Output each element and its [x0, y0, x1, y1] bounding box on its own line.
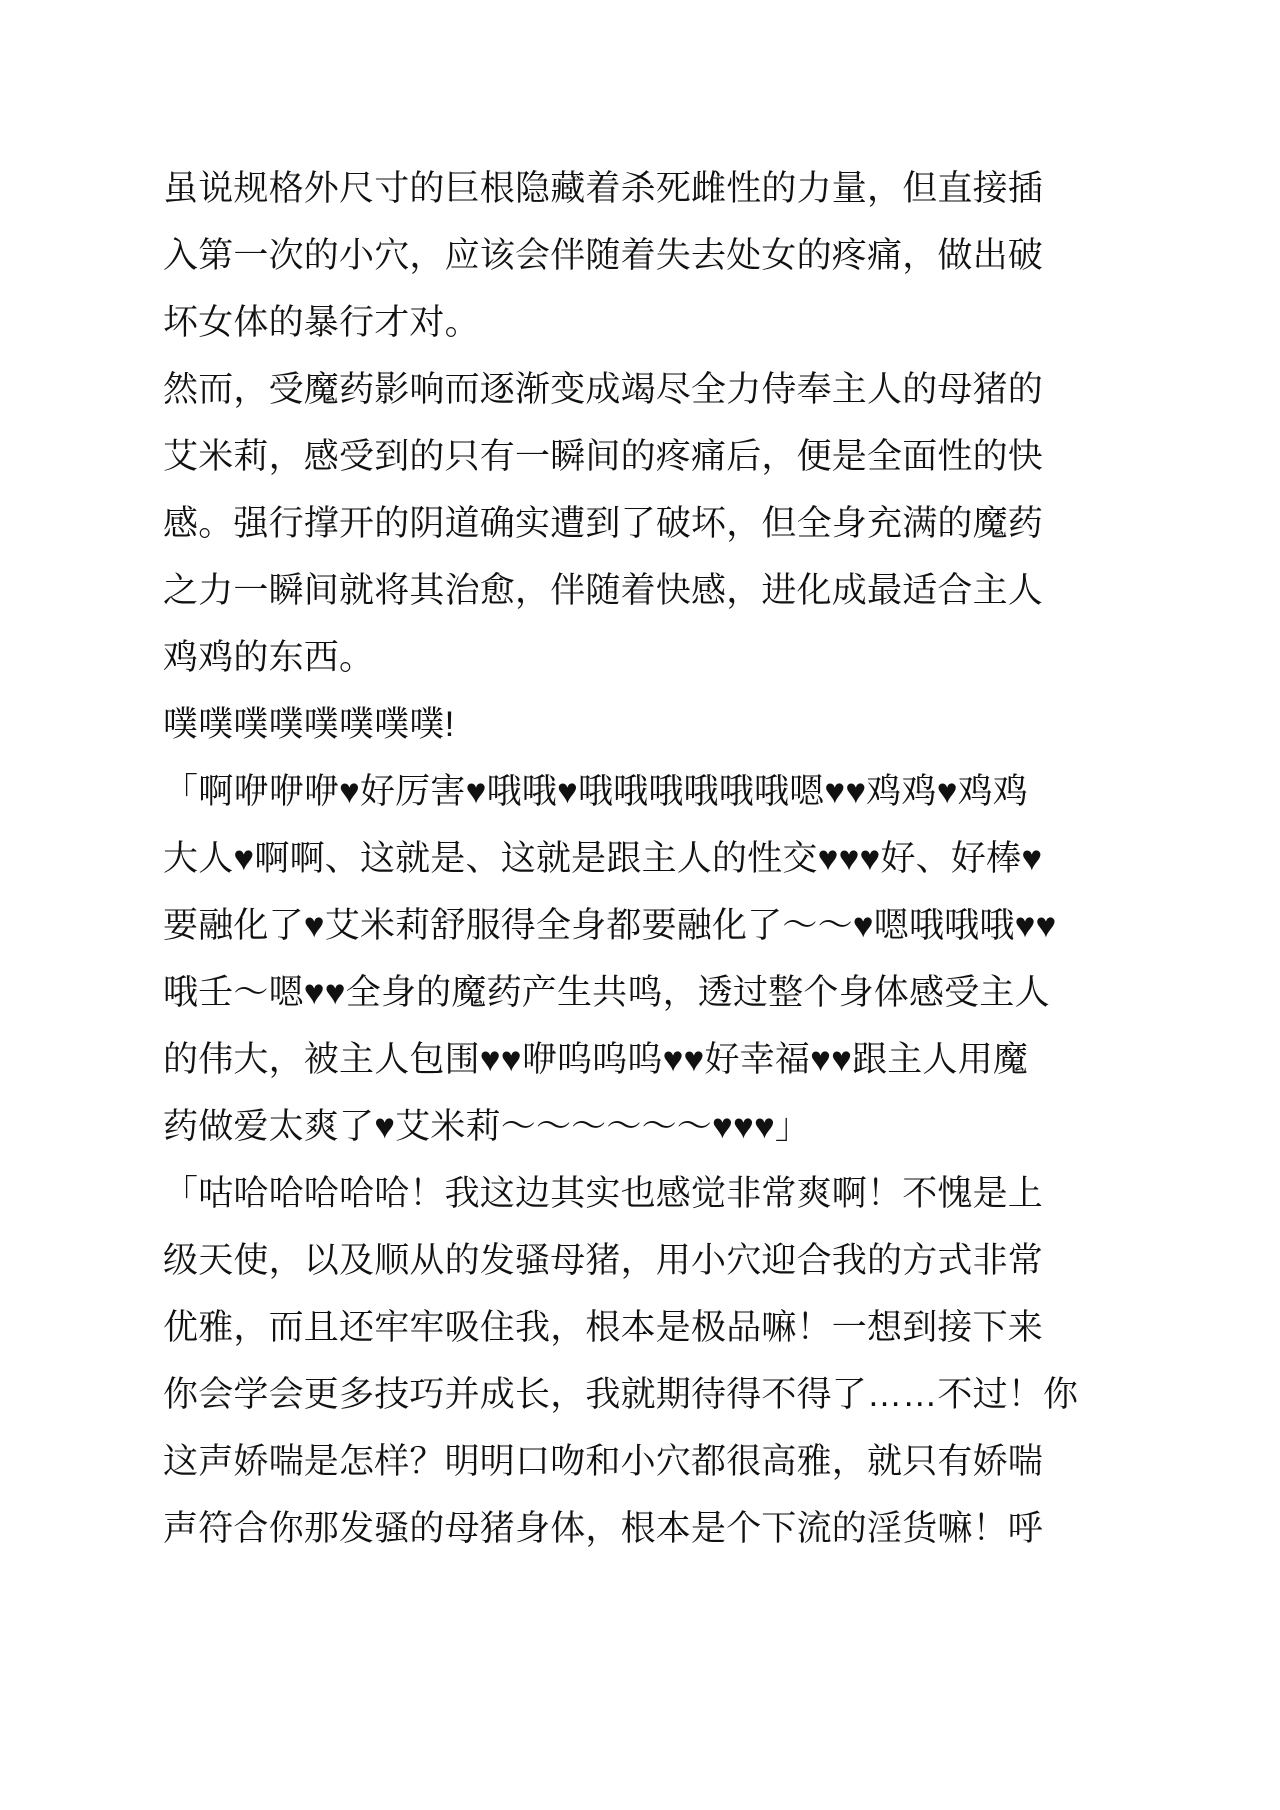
text-line: 的伟大，被主人包围♥♥咿呜呜呜♥♥好幸福♥♥跟主人用魔 — [163, 1026, 1280, 1093]
text-line: 你会学会更多技巧并成长，我就期待得不得了……不过！你 — [163, 1361, 1280, 1428]
paragraph: 「咕哈哈哈哈哈！我这边其实也感觉非常爽啊！不愧是上级天使，以及顺从的发骚母猪，用… — [163, 1160, 1280, 1562]
text-line: 入第一次的小穴，应该会伴随着失去处女的疼痛，做出破 — [163, 222, 1280, 289]
text-body: 虽说规格外尺寸的巨根隐藏着杀死雌性的力量，但直接插入第一次的小穴，应该会伴随着失… — [163, 155, 1280, 1562]
text-line: 鸡鸡的东西。 — [163, 624, 1280, 691]
text-line: 哦壬～嗯♥♥全身的魔药产生共鸣，透过整个身体感受主人 — [163, 959, 1280, 1026]
paragraph: 虽说规格外尺寸的巨根隐藏着杀死雌性的力量，但直接插入第一次的小穴，应该会伴随着失… — [163, 155, 1280, 356]
paragraph: 然而，受魔药影响而逐渐变成竭尽全力侍奉主人的母猪的艾米莉，感受到的只有一瞬间的疼… — [163, 356, 1280, 691]
text-line: 感。强行撑开的阴道确实遭到了破坏，但全身充满的魔药 — [163, 490, 1280, 557]
text-line: 「啊咿咿咿♥好厉害♥哦哦♥哦哦哦哦哦哦嗯♥♥鸡鸡♥鸡鸡 — [163, 758, 1280, 825]
text-line: 「咕哈哈哈哈哈！我这边其实也感觉非常爽啊！不愧是上 — [163, 1160, 1280, 1227]
text-line: 然而，受魔药影响而逐渐变成竭尽全力侍奉主人的母猪的 — [163, 356, 1280, 423]
text-line: 坏女体的暴行才对。 — [163, 289, 1280, 356]
text-line: 声符合你那发骚的母猪身体，根本是个下流的淫货嘛！呼 — [163, 1495, 1280, 1562]
document-page: 虽说规格外尺寸的巨根隐藏着杀死雌性的力量，但直接插入第一次的小穴，应该会伴随着失… — [0, 0, 1280, 1810]
text-line: 这声娇喘是怎样？明明口吻和小穴都很高雅，就只有娇喘 — [163, 1428, 1280, 1495]
paragraph: 噗噗噗噗噗噗噗噗! — [163, 691, 1280, 758]
text-line: 级天使，以及顺从的发骚母猪，用小穴迎合我的方式非常 — [163, 1227, 1280, 1294]
text-line: 虽说规格外尺寸的巨根隐藏着杀死雌性的力量，但直接插 — [163, 155, 1280, 222]
text-line: 药做爱太爽了♥艾米莉～～～～～～♥♥♥」 — [163, 1093, 1280, 1160]
text-line: 艾米莉，感受到的只有一瞬间的疼痛后，便是全面性的快 — [163, 423, 1280, 490]
text-line: 之力一瞬间就将其治愈，伴随着快感，进化成最适合主人 — [163, 557, 1280, 624]
text-line: 大人♥啊啊、这就是、这就是跟主人的性交♥♥♥好、好棒♥ — [163, 825, 1280, 892]
text-line: 要融化了♥艾米莉舒服得全身都要融化了～～♥嗯哦哦哦♥♥ — [163, 892, 1280, 959]
paragraph: 「啊咿咿咿♥好厉害♥哦哦♥哦哦哦哦哦哦嗯♥♥鸡鸡♥鸡鸡大人♥啊啊、这就是、这就是… — [163, 758, 1280, 1160]
text-line: 优雅，而且还牢牢吸住我，根本是极品嘛！一想到接下来 — [163, 1294, 1280, 1361]
text-line: 噗噗噗噗噗噗噗噗! — [163, 691, 1280, 758]
